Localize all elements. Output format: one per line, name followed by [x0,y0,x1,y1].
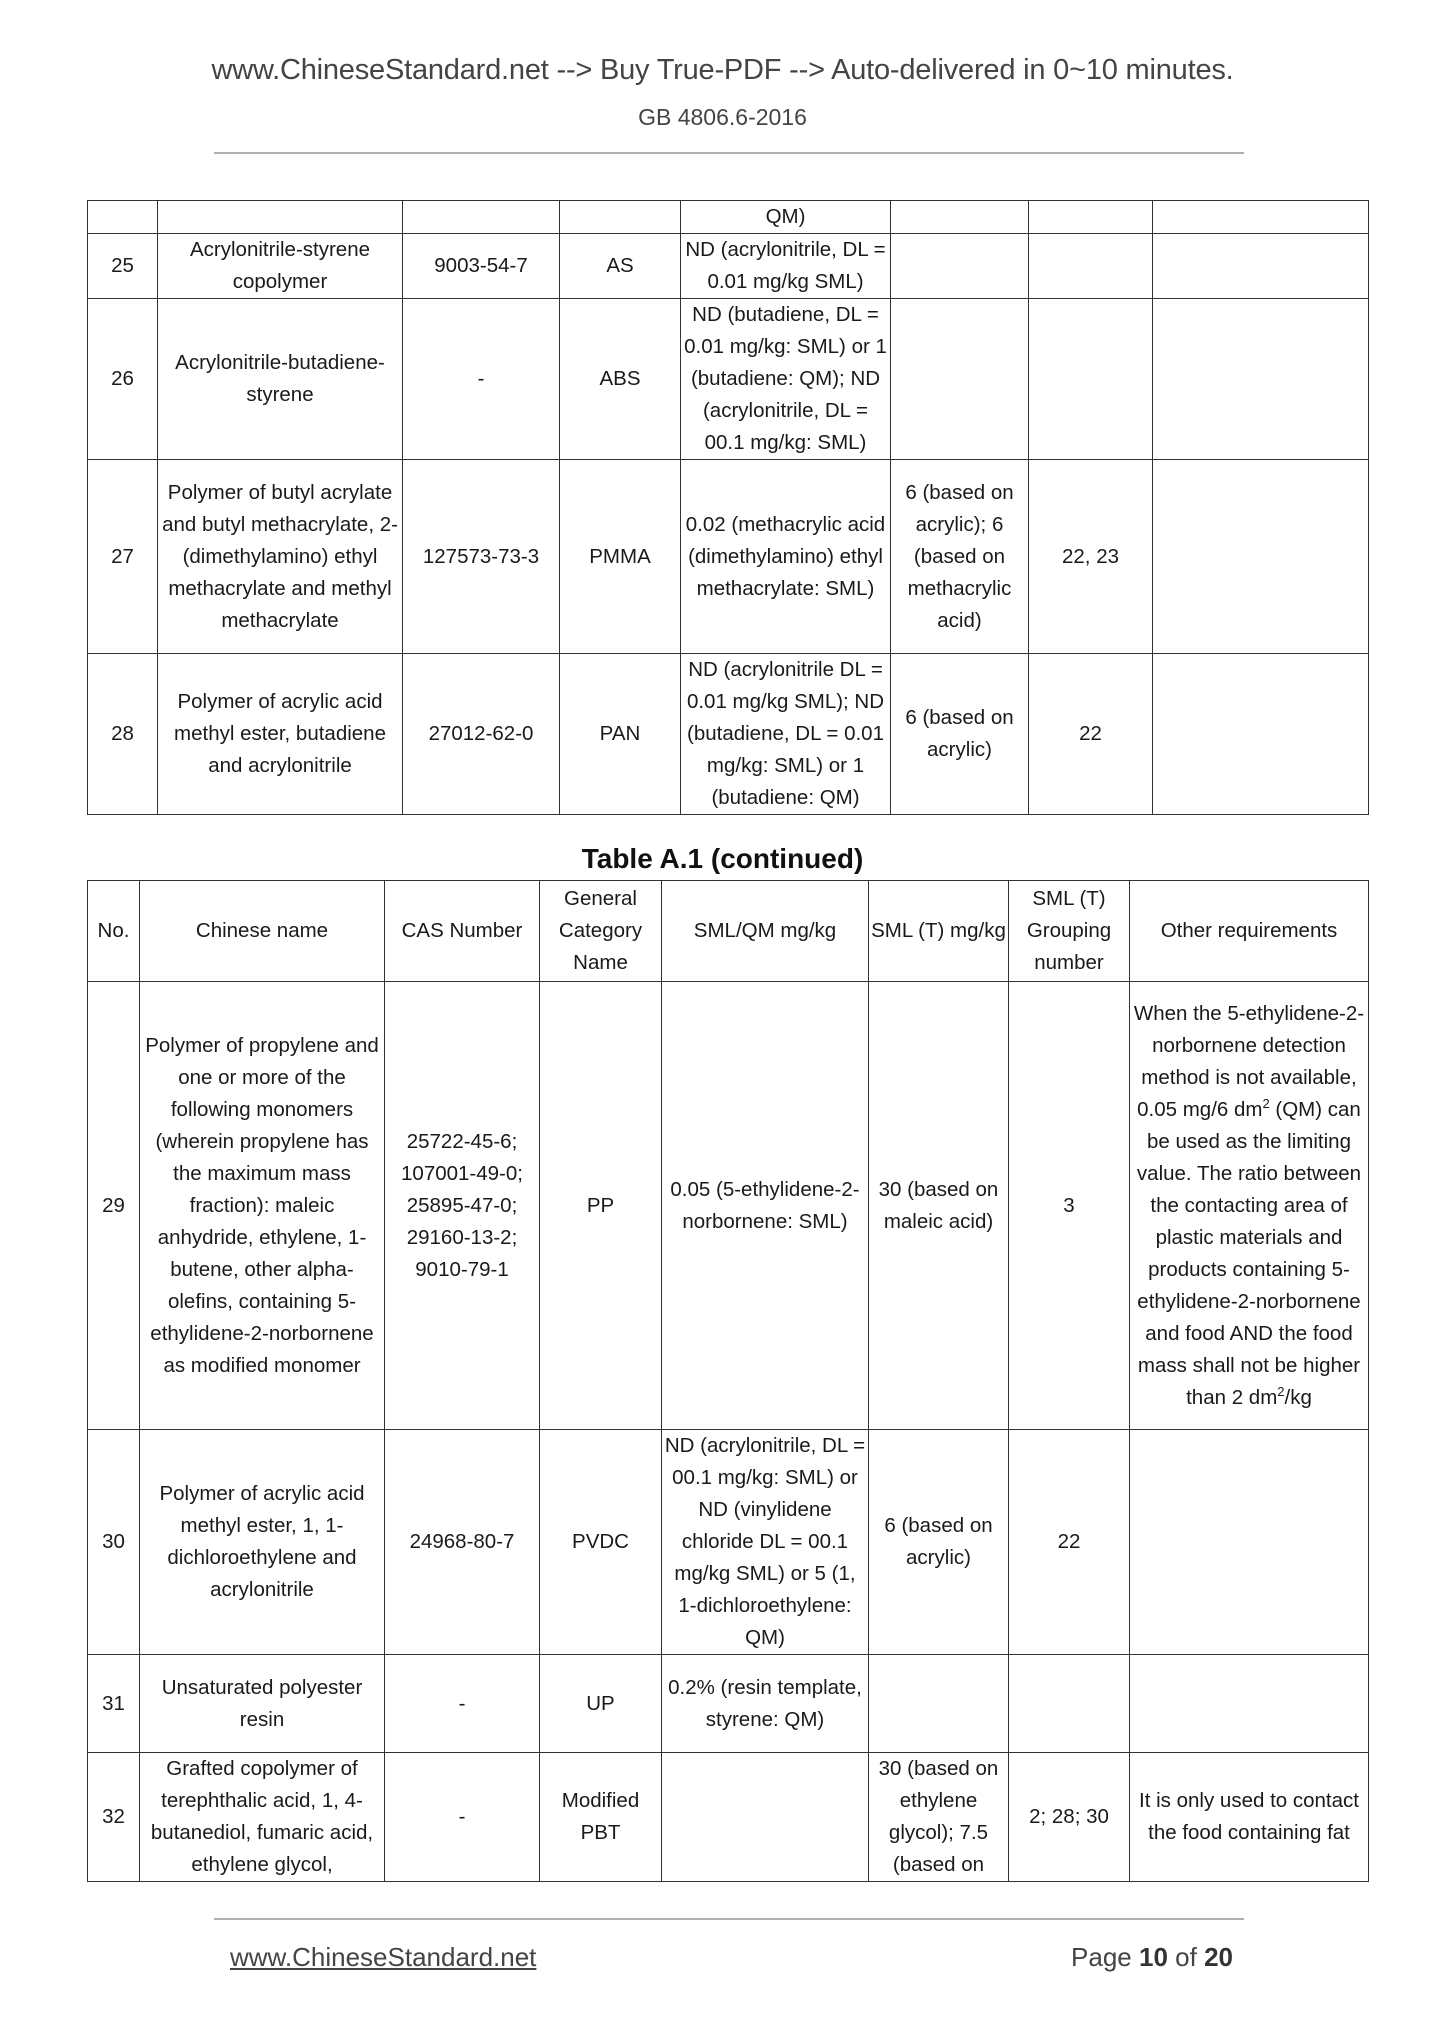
cell-cas: - [385,1753,540,1882]
cell-no: 32 [88,1753,140,1882]
cell-sml-t: 6 (based on acrylic) [869,1430,1009,1655]
cell-other [1153,654,1369,815]
page-indicator: Page 10 of 20 [1071,1942,1233,1973]
cell-name [158,201,403,234]
cell-name: Unsaturated polyester resin [140,1655,385,1753]
cell-other [1153,201,1369,234]
header-no: No. [88,881,140,982]
cell-name: Polymer of propylene and one or more of … [140,982,385,1430]
total-pages: 20 [1204,1942,1233,1972]
header-banner: www.ChineseStandard.net --> Buy True-PDF… [0,54,1445,87]
cell-sml-t [891,201,1029,234]
table-row: 32 Grafted copolymer of terephthalic aci… [88,1753,1369,1882]
cell-other: When the 5-ethylidene-2- norbornene dete… [1130,982,1369,1430]
cell-other [1153,299,1369,460]
cell-cas: 127573-73-3 [403,460,560,654]
cell-category: ABS [560,299,681,460]
header-cas: CAS Number [385,881,540,982]
cell-other [1130,1430,1369,1655]
cell-sml-qm: 0.02 (methacrylic acid (dimethylamino) e… [681,460,891,654]
cell-sml-qm: ND (acrylonitrile, DL = 0.01 mg/kg SML) [681,234,891,299]
table-row: 30 Polymer of acrylic acid methyl ester,… [88,1430,1369,1655]
cell-no: 31 [88,1655,140,1753]
header-sml-t: SML (T) mg/kg [869,881,1009,982]
cell-sml-qm: 0.2% (resin template, styrene: QM) [662,1655,869,1753]
cell-no: 26 [88,299,158,460]
cell-name: Acrylonitrile-butadiene-styrene [158,299,403,460]
cell-cas: 9003-54-7 [403,234,560,299]
cell-other [1153,460,1369,654]
cell-sml-t [891,299,1029,460]
cell-no: 29 [88,982,140,1430]
header-sml-qm: SML/QM mg/kg [662,881,869,982]
cell-name: Grafted copolymer of terephthalic acid, … [140,1753,385,1882]
cell-sml-qm: ND (butadiene, DL = 0.01 mg/kg: SML) or … [681,299,891,460]
cell-cas: 24968-80-7 [385,1430,540,1655]
cell-category: Modified PBT [540,1753,662,1882]
cell-group [1029,234,1153,299]
cell-cas [403,201,560,234]
cell-cas: - [403,299,560,460]
cell-no: 30 [88,1430,140,1655]
cell-category: AS [560,234,681,299]
cell-name: Polymer of acrylic acid methyl ester, bu… [158,654,403,815]
cell-group: 2; 28; 30 [1009,1753,1130,1882]
cell-group: 22 [1029,654,1153,815]
table-row: 25 Acrylonitrile-styrene copolymer 9003-… [88,234,1369,299]
cell-group [1029,201,1153,234]
cell-name: Polymer of acrylic acid methyl ester, 1,… [140,1430,385,1655]
cell-sml-qm: ND (acrylonitrile, DL = 00.1 mg/kg: SML)… [662,1430,869,1655]
table-row: QM) [88,201,1369,234]
cell-name: Polymer of butyl acrylate and butyl meth… [158,460,403,654]
header-name: Chinese name [140,881,385,982]
cell-sml-qm [662,1753,869,1882]
cell-sml-t: 30 (based on maleic acid) [869,982,1009,1430]
table-a1-continued: No. Chinese name CAS Number General Cate… [87,880,1369,1882]
footer-site-link[interactable]: www.ChineseStandard.net [230,1942,536,1973]
cell-category: UP [540,1655,662,1753]
cell-cas: - [385,1655,540,1753]
cell-sml-t: 6 (based on acrylic); 6 (based on methac… [891,460,1029,654]
cell-no [88,201,158,234]
cell-other: It is only used to contact the food cont… [1130,1753,1369,1882]
cell-cas: 25722-45-6; 107001-49-0; 25895-47-0; 291… [385,982,540,1430]
cell-group [1009,1655,1130,1753]
cell-other [1153,234,1369,299]
cell-no: 28 [88,654,158,815]
cell-category: PVDC [540,1430,662,1655]
cell-no: 27 [88,460,158,654]
cell-sml-qm: QM) [681,201,891,234]
cell-group: 22, 23 [1029,460,1153,654]
table-row: 29 Polymer of propylene and one or more … [88,982,1369,1430]
cell-sml-t [891,234,1029,299]
cell-category: PP [540,982,662,1430]
table-header-row: No. Chinese name CAS Number General Cate… [88,881,1369,982]
cell-category: PAN [560,654,681,815]
cell-sml-qm: 0.05 (5-ethylidene-2-norbornene: SML) [662,982,869,1430]
cell-sml-t: 30 (based on ethylene glycol); 7.5 (base… [869,1753,1009,1882]
cell-group: 3 [1009,982,1130,1430]
cell-sml-t [869,1655,1009,1753]
cell-sml-qm: ND (acrylonitrile DL = 0.01 mg/kg SML); … [681,654,891,815]
cell-group [1029,299,1153,460]
table-continued-top: QM) 25 Acrylonitrile-styrene copolymer 9… [87,200,1369,815]
cell-name: Acrylonitrile-styrene copolymer [158,234,403,299]
header-group: SML (T) Grouping number [1009,881,1130,982]
table-row: 31 Unsaturated polyester resin - UP 0.2%… [88,1655,1369,1753]
footer-divider [214,1918,1244,1920]
header-other: Other requirements [1130,881,1369,982]
table-row: 26 Acrylonitrile-butadiene-styrene - ABS… [88,299,1369,460]
cell-sml-t: 6 (based on acrylic) [891,654,1029,815]
table-row: 27 Polymer of butyl acrylate and butyl m… [88,460,1369,654]
document-id: GB 4806.6-2016 [0,104,1445,131]
table-row: 28 Polymer of acrylic acid methyl ester,… [88,654,1369,815]
cell-cas: 27012-62-0 [403,654,560,815]
header-category: General Category Name [540,881,662,982]
cell-category [560,201,681,234]
cell-no: 25 [88,234,158,299]
cell-category: PMMA [560,460,681,654]
cell-group: 22 [1009,1430,1130,1655]
cell-other [1130,1655,1369,1753]
header-divider [214,152,1244,154]
current-page: 10 [1139,1942,1168,1972]
table-caption: Table A.1 (continued) [0,843,1445,875]
